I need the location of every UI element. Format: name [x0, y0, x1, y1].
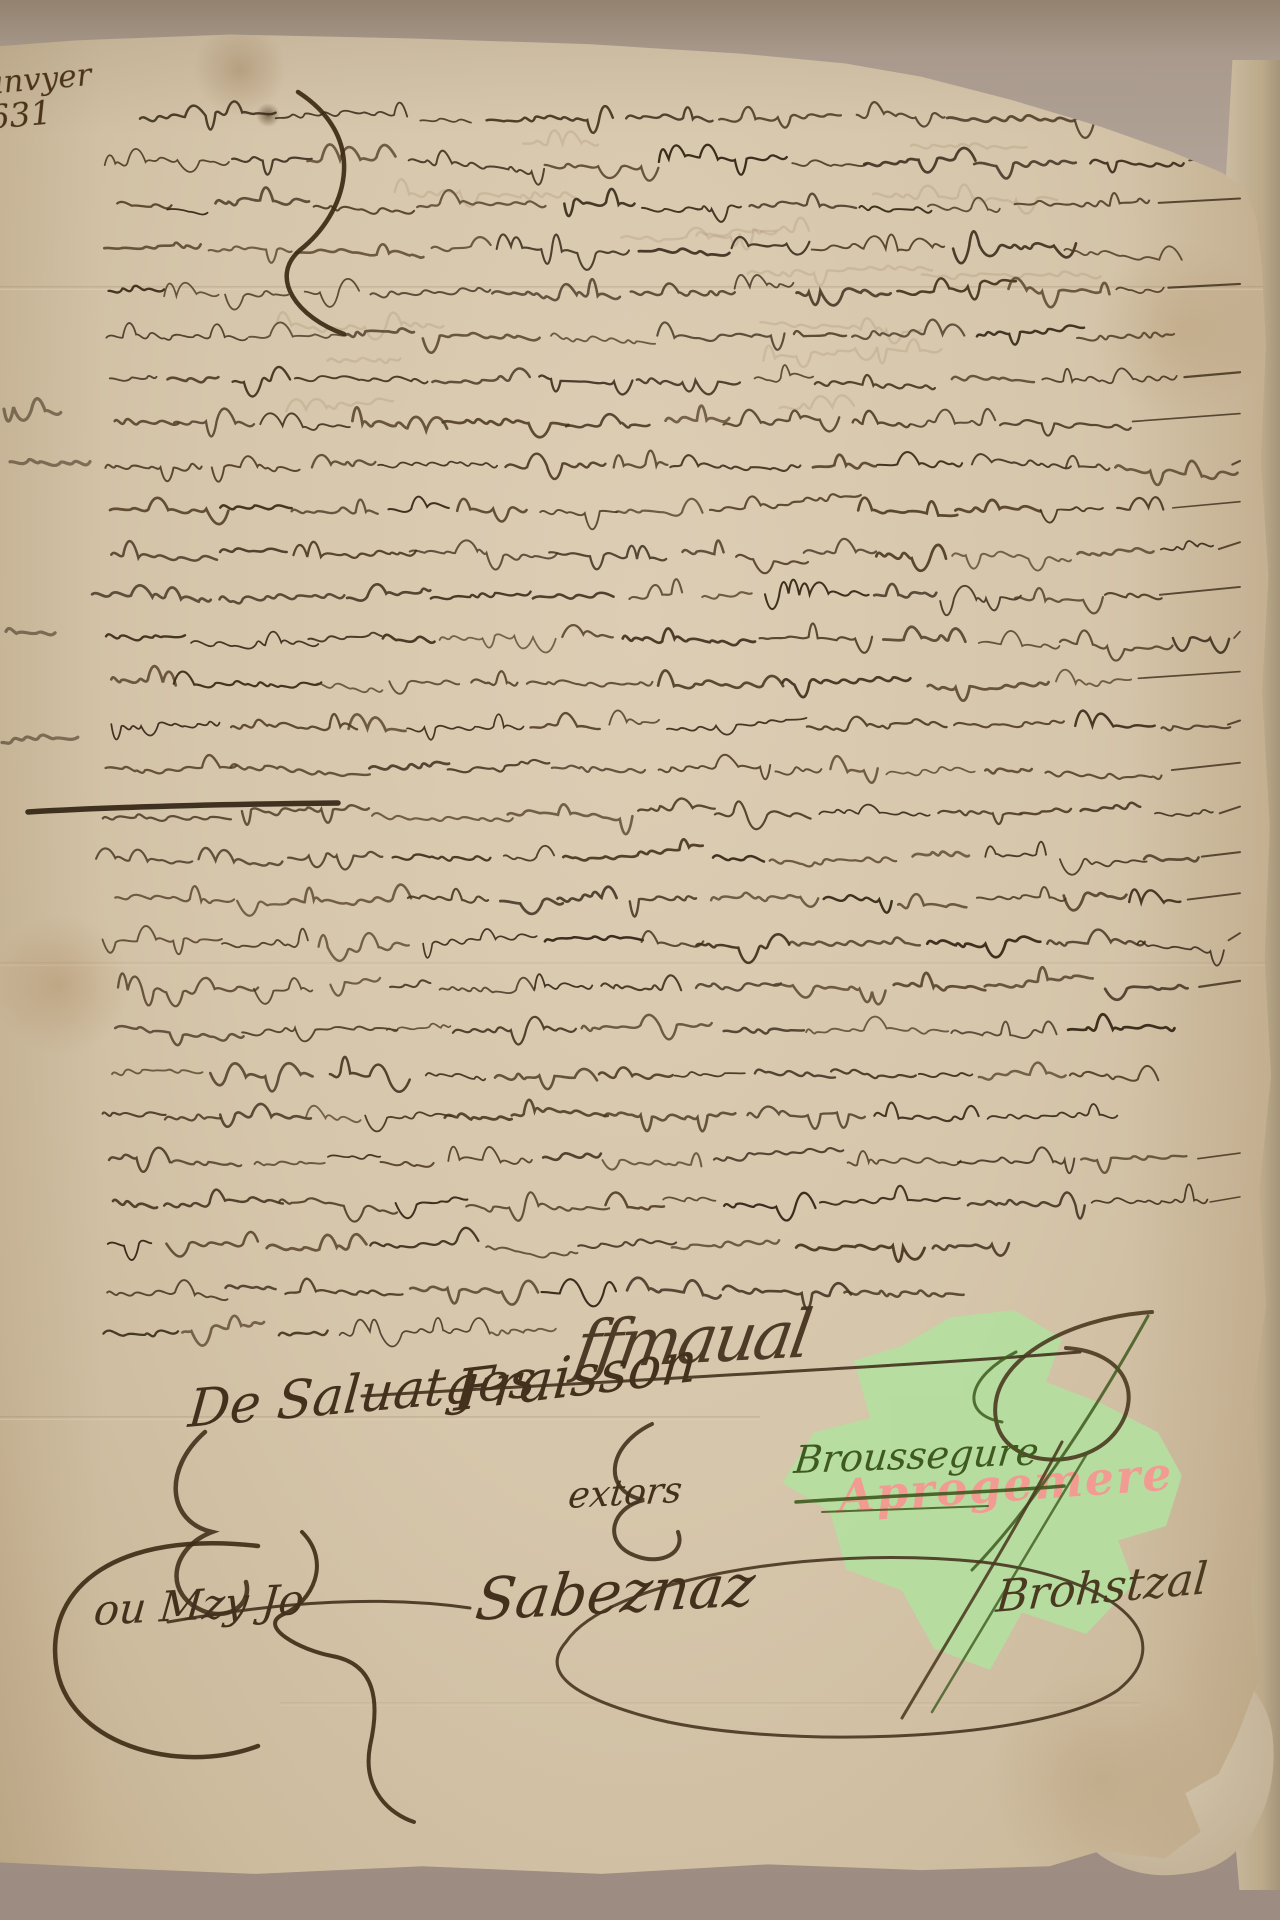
extrait-annotation: extors [566, 1470, 684, 1517]
manuscript-photo: Aprogemere Janvyer 1631 ffmaual De Salua… [0, 0, 1280, 1920]
fold-crease [280, 1702, 1140, 1706]
marginal-note: ou Mzy Jo [92, 1575, 306, 1635]
signature-sabeznaz: Sabeznaz [472, 1551, 759, 1634]
corner-year: 1631 [0, 91, 96, 137]
corner-date-note: Janvyer 1631 [0, 59, 96, 136]
signature-fraisson: Fraisson [452, 1329, 700, 1425]
paper-sheet: Aprogemere Janvyer 1631 ffmaual De Salua… [0, 0, 1280, 1920]
fold-crease [0, 962, 1280, 966]
fold-crease [0, 286, 1280, 290]
signature-broussegure: Broussegure [792, 1429, 1041, 1482]
